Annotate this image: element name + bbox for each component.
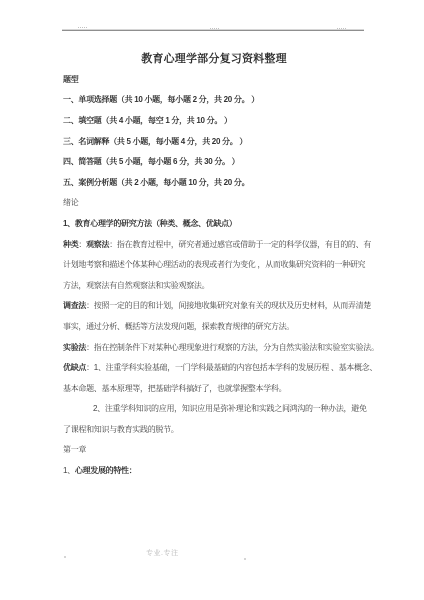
footer-artifact bbox=[244, 558, 246, 560]
header-rule bbox=[62, 30, 364, 31]
text-segment: ：指在控制条件下对某种心理现象进行观察的方法，分为自然实验法和实验室实验法。 bbox=[86, 342, 379, 353]
text-line: 事实，通过分析、概括等方法发现问题，探索教育规律的研究方法。 bbox=[63, 316, 367, 337]
text-segment: 2、注重学科知识的应用，知识应用是弥补理论和实践之间鸿沟的一种办法，避免 bbox=[93, 403, 367, 414]
text-segment: ：指在教育过程中，研究者通过感官或借助于一定的科学仪器，有目的的、有 bbox=[109, 239, 371, 250]
text-segment: 了课程和知识与教育实践的脱节。 bbox=[63, 424, 179, 435]
text-segment: 三、名词解释（共 5 小题，每小题 4 分，共 20 分。 ） bbox=[63, 136, 247, 147]
text-line: 三、名词解释（共 5 小题，每小题 4 分，共 20 分。 ） bbox=[63, 131, 367, 152]
text-segment: 优缺点 bbox=[63, 362, 86, 373]
text-segment: 一、单项选择题（共 10 小题，每小题 2 分，共 20 分。 ） bbox=[63, 94, 259, 105]
text-line: 四、简答题（共 5 小题，每小题 6 分，共 30 分。 ） bbox=[63, 151, 367, 172]
text-segment: 种类 bbox=[63, 239, 78, 250]
text-segment: 方法，观察法有自然观察法和实验观察法。 bbox=[63, 280, 209, 291]
text-segment: 二、填空题（共 4 小题，每空 1 分，共 10 分。 ） bbox=[63, 115, 232, 126]
text-segment: 事实，通过分析、概括等方法发现问题，探索教育规律的研究方法。 bbox=[63, 321, 294, 332]
text-segment: 观察法 bbox=[86, 239, 109, 250]
document-page: 教育心理学部分复习资料整理 题型一、单项选择题（共 10 小题，每小题 2 分，… bbox=[0, 0, 424, 600]
header-artifact bbox=[210, 28, 219, 29]
text-line: 第一章 bbox=[63, 440, 367, 461]
text-segment: 心理发展的特性： bbox=[75, 465, 137, 476]
text-segment: 绪论 bbox=[63, 197, 78, 208]
text-line: 方法，观察法有自然观察法和实验观察法。 bbox=[63, 275, 367, 296]
text-segment: 计划地考察和描述个体某种心理活动的表现或者行为变化 ，从而收集研究资料的一种研究 bbox=[63, 259, 365, 270]
text-segment: 实验法 bbox=[63, 342, 86, 353]
header-artifact bbox=[78, 27, 87, 28]
text-line: 计划地考察和描述个体某种心理活动的表现或者行为变化 ，从而收集研究资料的一种研究 bbox=[63, 254, 367, 275]
text-segment: ：按照一定的目的和计划，间接地收集研究对象有关的现状及历史材料，从而弄清楚 bbox=[86, 300, 371, 311]
text-line: 实验法：指在控制条件下对某种心理现象进行观察的方法，分为自然实验法和实验室实验法… bbox=[63, 337, 367, 358]
text-line: 五、案例分析题（共 2 小题，每小题 10 分，共 20 分。 bbox=[63, 172, 367, 193]
text-segment: 基本命题、基本原理等，把基础学科搞好了，也就掌握整本学科。 bbox=[63, 383, 286, 394]
text-line: 1、教育心理学的研究方法（种类、概念、优缺点） bbox=[63, 213, 367, 234]
text-segment: 1、教育心理学的研究方法（种类、概念、优缺点） bbox=[63, 218, 237, 229]
text-segment: 五、案例分析题（共 2 小题，每小题 10 分，共 20 分。 bbox=[63, 177, 249, 188]
text-line: 二、填空题（共 4 小题，每空 1 分，共 10 分。 ） bbox=[63, 110, 367, 131]
text-line: 了课程和知识与教育实践的脱节。 bbox=[63, 419, 367, 440]
text-line: 调查法：按照一定的目的和计划，间接地收集研究对象有关的现状及历史材料，从而弄清楚 bbox=[63, 296, 367, 317]
text-segment: 调查法 bbox=[63, 300, 86, 311]
text-segment: 四、简答题（共 5 小题，每小题 6 分，共 30 分。 ） bbox=[63, 156, 239, 167]
text-line: 基本命题、基本原理等，把基础学科搞好了，也就掌握整本学科。 bbox=[63, 378, 367, 399]
footer-text: 专业.专注 bbox=[146, 548, 178, 558]
text-segment: 题型 bbox=[63, 74, 78, 85]
footer-artifact bbox=[64, 556, 66, 558]
text-segment: 1、 bbox=[63, 465, 75, 476]
text-line: 种类：观察法：指在教育过程中，研究者通过感官或借助于一定的科学仪器，有目的的、有 bbox=[63, 234, 367, 255]
text-line: 一、单项选择题（共 10 小题，每小题 2 分，共 20 分。 ） bbox=[63, 90, 367, 111]
text-segment: ：1、注重学科实验基础，一门学科最基础的内容包括本学科的发展历程 、基本概念、 bbox=[86, 362, 377, 373]
text-line: 绪论 bbox=[63, 193, 367, 214]
document-title: 教育心理学部分复习资料整理 bbox=[62, 50, 366, 66]
text-line: 2、注重学科知识的应用，知识应用是弥补理论和实践之间鸿沟的一种办法，避免 bbox=[63, 399, 367, 420]
text-segment: 第一章 bbox=[63, 444, 86, 455]
text-line: 优缺点：1、注重学科实验基础，一门学科最基础的内容包括本学科的发展历程 、基本概… bbox=[63, 357, 367, 378]
document-body: 题型一、单项选择题（共 10 小题，每小题 2 分，共 20 分。 ）二、填空题… bbox=[63, 69, 367, 481]
header-artifact bbox=[337, 28, 346, 29]
text-line: 1、心理发展的特性： bbox=[63, 460, 367, 481]
text-segment: ： bbox=[78, 239, 86, 250]
text-line: 题型 bbox=[63, 69, 367, 90]
